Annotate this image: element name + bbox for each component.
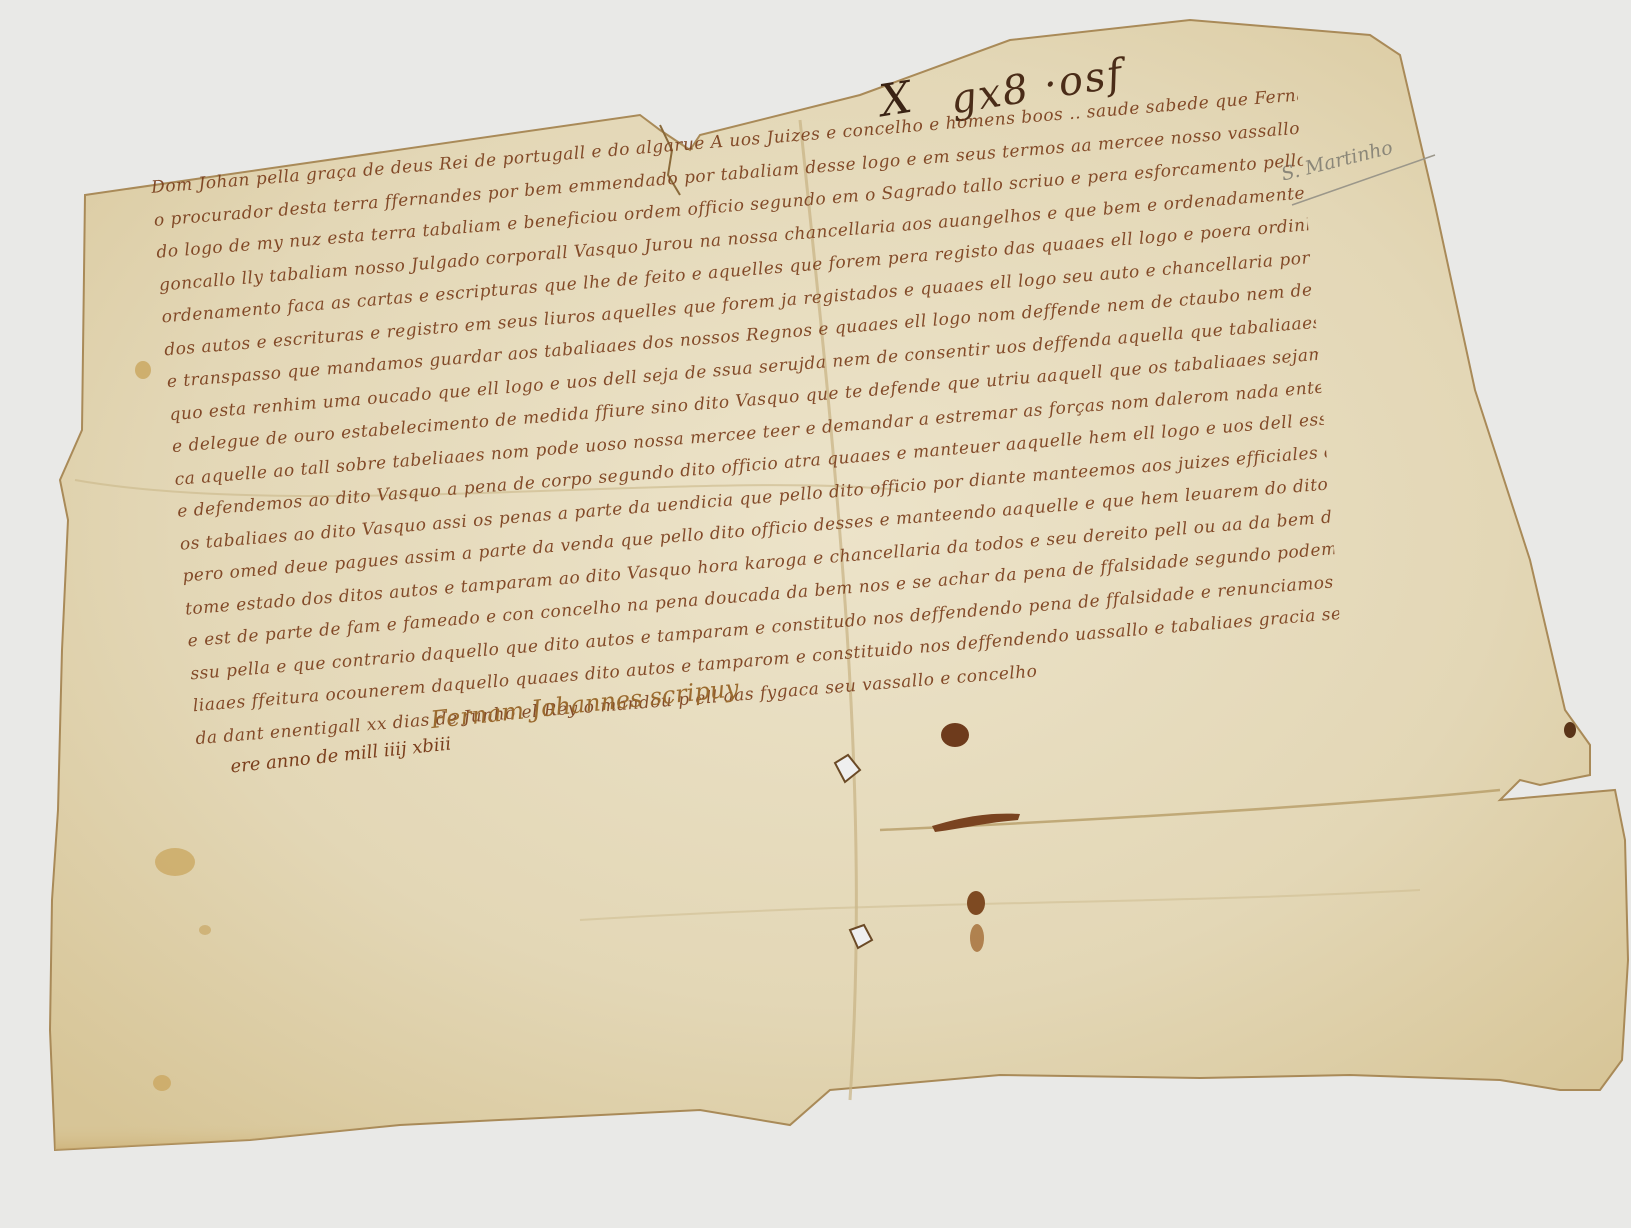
charter-text: Dom Johan pella graça de deus Rei de por… bbox=[150, 80, 1343, 755]
pencil-underline bbox=[1290, 150, 1440, 210]
photo-scene: X gx8 ·osf S. Martinho Dom Johan pella g… bbox=[0, 0, 1631, 1228]
stain-hole-3 bbox=[941, 723, 969, 747]
